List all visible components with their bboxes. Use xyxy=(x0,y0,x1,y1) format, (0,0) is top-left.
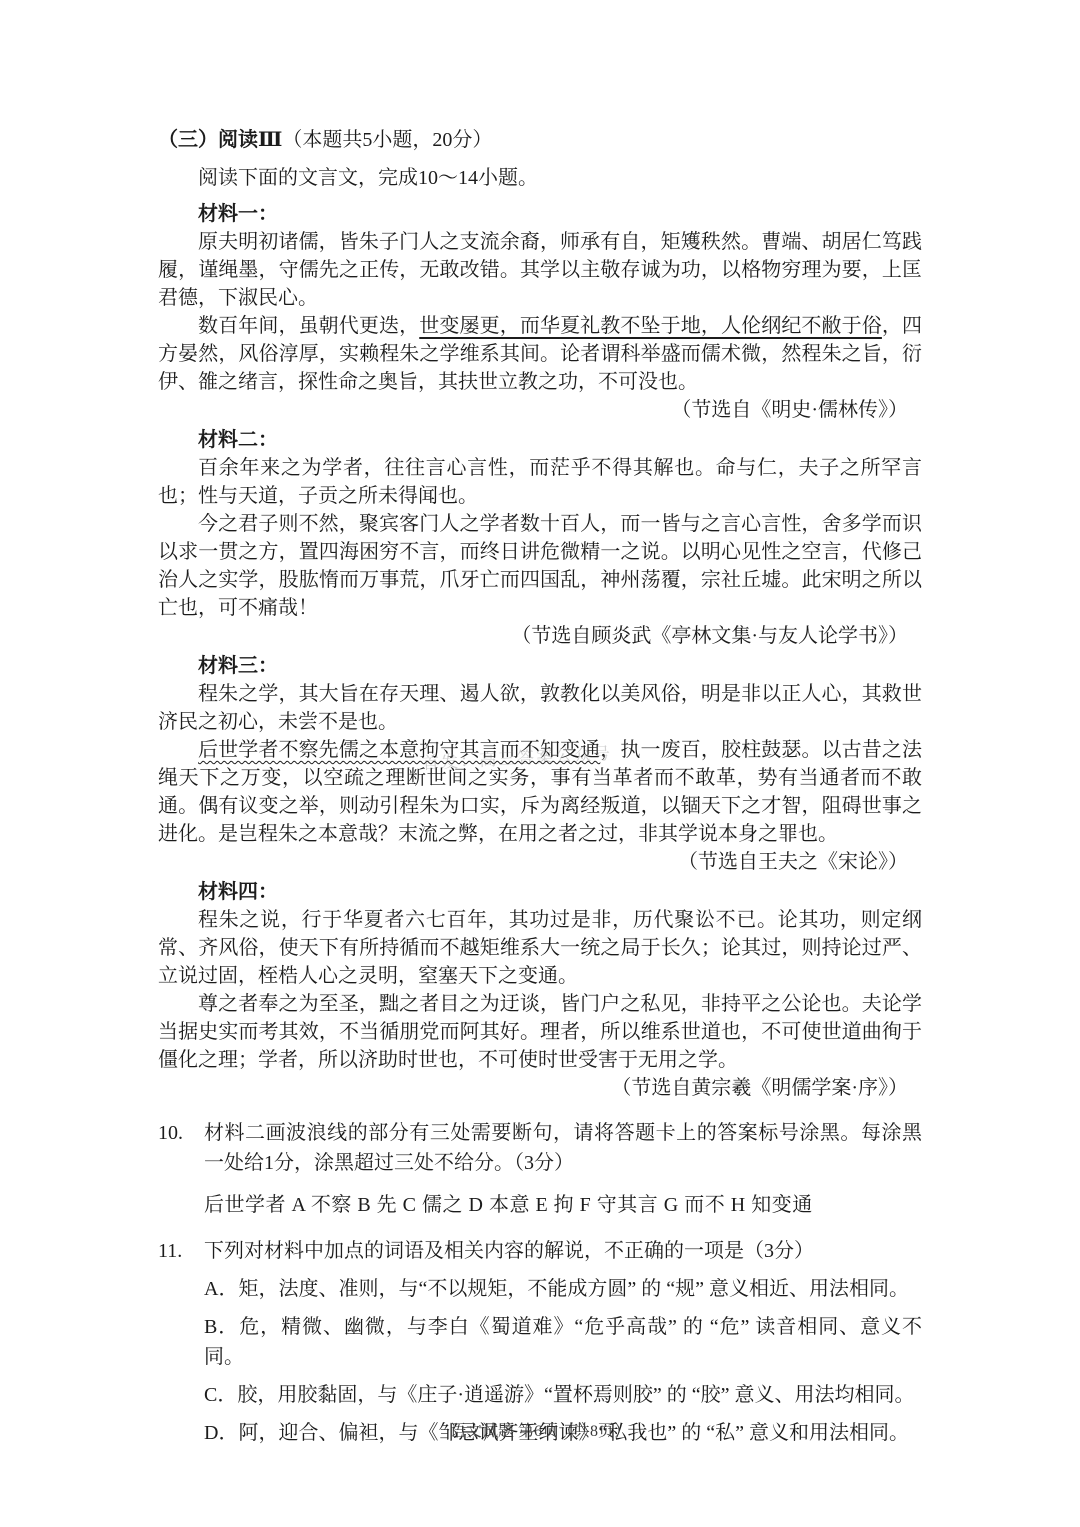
question-11-text: 下列对材料中加点的词语及相关内容的解说，不正确的一项是（3分） xyxy=(204,1236,922,1266)
section-title: （三）阅读Ⅲ（本题共5小题，20分） xyxy=(158,126,922,154)
material-4-paragraph-1: 程朱之说，行于华夏者六七百年，其功过是非，历代聚讼不已。论其功，则定纲常、齐风俗… xyxy=(158,906,922,990)
page-content: （三）阅读Ⅲ（本题共5小题，20分） 阅读下面的文言文，完成10～14小题。 材… xyxy=(158,126,922,1448)
question-10: 10. 材料二画波浪线的部分有三处需要断句，请将答题卡上的答案标号涂黑。每涂黑一… xyxy=(158,1118,922,1220)
page-footer: 语文试题 第6页（共8页） xyxy=(0,1418,1080,1441)
reading-instruction: 阅读下面的文言文，完成10～14小题。 xyxy=(158,164,922,192)
material-3-paragraph-1: 程朱之学，其大旨在存天理、遏人欲，敦教化以美风俗，明是非以正人心，其救世济民之初… xyxy=(158,680,922,736)
material-3-heading: 材料三： xyxy=(158,652,922,680)
material-2-paragraph-1: 百余年来之为学者，往往言心言性，而茫乎不得其解也。命与仁，夫子之所罕言也；性与天… xyxy=(158,454,922,510)
question-11-option-c: C．胶，用胶黏固，与《庄子·逍遥游》“置杯焉则胶” 的 “胶” 意义、用法均相同… xyxy=(204,1380,922,1410)
question-10-text: 材料二画波浪线的部分有三处需要断句，请将答题卡上的答案标号涂黑。每涂黑一处给1分… xyxy=(204,1118,922,1178)
material-1-paragraph-1: 原夫明初诸儒，皆朱子门人之支流余裔，师承有自，矩矱秩然。曹端、胡居仁笃践履，谨绳… xyxy=(158,228,922,312)
material-2-heading: 材料二： xyxy=(158,426,922,454)
m3-p2-wavy-underlined-text: 后世学者不察先儒之本意拘守其言而不知变通 xyxy=(198,739,600,761)
material-2-paragraph-2: 今之君子则不然，聚宾客门人之学者数十百人，而一皆与之言心言性，舍多学而识以求一贯… xyxy=(158,510,922,622)
question-10-number: 10. xyxy=(158,1118,183,1148)
material-3-source: （节选自王夫之《宋论》） xyxy=(158,848,922,876)
m1-p2-underlined-text: 世变屡更，而华夏礼教不坠于地，人伦纲纪不敝于俗 xyxy=(419,315,882,337)
question-11-option-a: A．矩，法度、准则，与“不以规矩，不能成方圆” 的 “规” 意义相近、用法相同。 xyxy=(204,1274,922,1304)
material-3-paragraph-2: 后世学者不察先儒之本意拘守其言而不知变通，执一废百，胶柱鼓瑟。以古昔之法绳天下之… xyxy=(158,736,922,848)
material-1-heading: 材料一： xyxy=(158,200,922,228)
material-1-paragraph-2: 数百年间，虽朝代更迭，世变屡更，而华夏礼教不坠于地，人伦纲纪不敝于俗，四方晏然，… xyxy=(158,312,922,396)
question-11-number: 11. xyxy=(158,1236,182,1266)
material-4-paragraph-2: 尊之者奉之为至圣，黜之者目之为迂谈，皆门户之私见，非持平之公论也。夫论学当据史实… xyxy=(158,990,922,1074)
exam-paper-page: （三）阅读Ⅲ（本题共5小题，20分） 阅读下面的文言文，完成10～14小题。 材… xyxy=(0,0,1080,1527)
material-2-source: （节选自顾炎武《亭林文集·与友人论学书》） xyxy=(158,622,922,650)
question-10-segment-line: 后世学者 A 不察 B 先 C 儒之 D 本意 E 拘 F 守其言 G 而不 H… xyxy=(204,1190,922,1220)
section-title-rest: （本题共5小题，20分） xyxy=(282,129,492,151)
section-title-bold: （三）阅读Ⅲ xyxy=(158,129,282,151)
material-1-source: （节选自《明史·儒林传》） xyxy=(158,396,922,424)
m1-p2-pre: 数百年间，虽朝代更迭， xyxy=(198,315,419,337)
question-11-option-b: B．危，精微、幽微，与李白《蜀道难》“危乎高哉” 的 “危” 读音相同、意义不同… xyxy=(204,1312,922,1372)
question-11: 11. 下列对材料中加点的词语及相关内容的解说，不正确的一项是（3分） A．矩，… xyxy=(158,1236,922,1448)
material-4-heading: 材料四： xyxy=(158,878,922,906)
material-4-source: （节选自黄宗羲《明儒学案·序》） xyxy=(158,1074,922,1102)
